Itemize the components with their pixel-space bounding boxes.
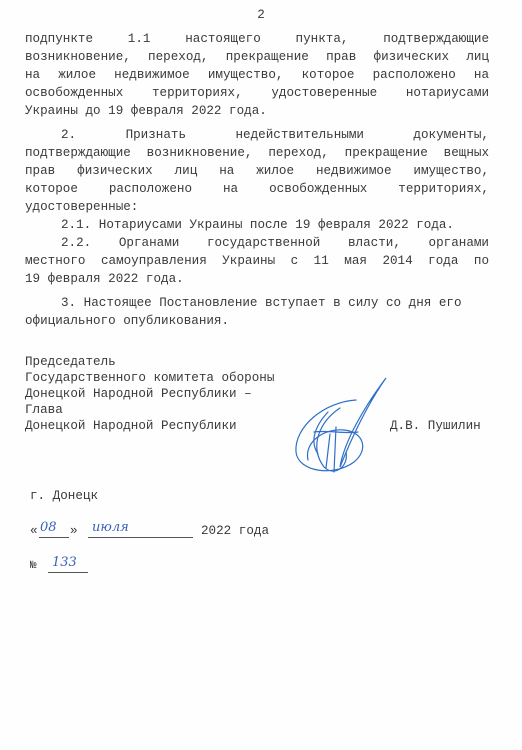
paragraph-2-line: которое расположено на освобожденных тер… [25, 180, 489, 198]
date-open-quote: « [30, 522, 38, 540]
paragraph-1-line: освобожденных территориях, удостоверенны… [25, 84, 489, 102]
number-underline [48, 572, 88, 573]
date-day-handwritten: 08 [40, 520, 57, 535]
date-day-underline [39, 537, 69, 538]
date-month-underline [88, 537, 193, 538]
paragraph-1-line: на жилое недвижимое имущество, которое р… [25, 66, 489, 84]
number-handwritten: 133 [52, 555, 77, 570]
paragraph-1-line: возникновение, переход, прекращение прав… [25, 48, 489, 66]
item-2-2-line: местного самоуправления Украины с 11 мая… [25, 252, 489, 270]
paragraph-2-line: подтверждающие возникновение, переход, п… [25, 144, 489, 162]
date-close-quote: » [70, 522, 78, 540]
date-year: 2022 года [201, 522, 269, 540]
paragraph-2-line: удостоверенные: [25, 198, 489, 216]
page-number: 2 [0, 8, 522, 22]
paragraph-2-line: 2. Признать недействительными документы, [61, 126, 489, 144]
paragraph-2-line: прав физических лиц на жилое недвижимое … [25, 162, 489, 180]
document-page: 2 подпункте 1.1 настоящего пункта, подтв… [0, 0, 522, 750]
paragraph-1-line: подпункте 1.1 настоящего пункта, подтвер… [25, 30, 489, 48]
paragraph-1-line: Украины до 19 февраля 2022 года. [25, 102, 489, 120]
signatory-name: Д.В. Пушилин [390, 417, 481, 435]
place: г. Донецк [30, 487, 98, 505]
item-2-1: 2.1. Нотариусами Украины после 19 феврал… [61, 216, 489, 234]
paragraph-3-line: официального опубликования. [25, 312, 489, 330]
number-label: № [30, 557, 37, 575]
paragraph-3-line: 3. Настоящее Постановление вступает в си… [61, 294, 489, 312]
date-month-handwritten: июля [92, 520, 129, 535]
item-2-2-line: 2.2. Органами государственной власти, ор… [61, 234, 489, 252]
item-2-2-line: 19 февраля 2022 года. [25, 270, 489, 288]
signature-icon [274, 372, 394, 482]
signatory-title-line: Донецкой Народной Республики [25, 417, 237, 435]
